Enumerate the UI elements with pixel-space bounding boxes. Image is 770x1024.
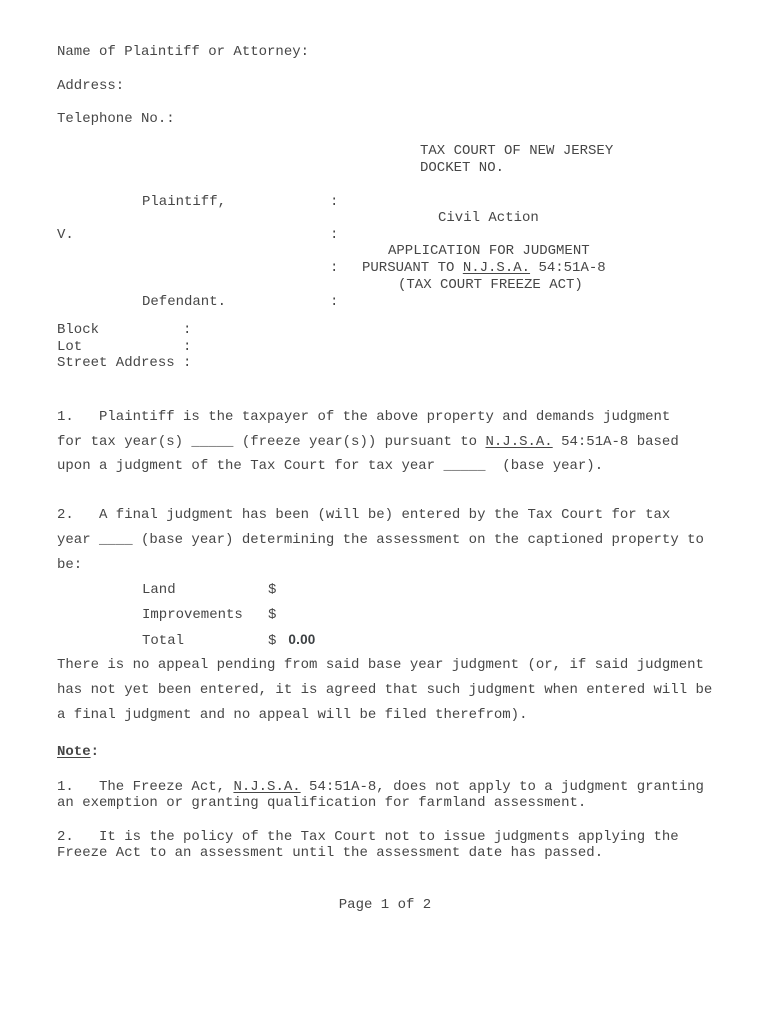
caption-separator-colon: : xyxy=(330,260,338,276)
base-year-blank-field[interactable]: _____ xyxy=(443,458,485,474)
paragraph1-line3: upon a judgment of the Tax Court for tax… xyxy=(57,458,603,474)
text: 54:51A-8 based xyxy=(553,434,679,450)
text: (freeze year(s)) pursuant to xyxy=(233,434,485,450)
title-text: PURSUANT TO xyxy=(362,260,463,276)
text: for tax year(s) xyxy=(57,434,191,450)
note1-line2: an exemption or granting qualification f… xyxy=(57,795,586,811)
appeal-paragraph-line2: has not yet been entered, it is agreed t… xyxy=(57,682,712,698)
application-title-line3: (TAX COURT FREEZE ACT) xyxy=(398,277,583,293)
application-title-line2: PURSUANT TO N.J.S.A. 54:51A-8 xyxy=(362,260,606,276)
total-amount-field[interactable]: 0.00 xyxy=(288,632,315,647)
paragraph2-line2: year ____ (base year) determining the as… xyxy=(57,532,704,548)
plaintiff-or-attorney-label: Name of Plaintiff or Attorney: xyxy=(57,44,309,60)
caption-separator-colon: : xyxy=(330,294,338,310)
page-number: Page 1 of 2 xyxy=(0,897,770,913)
appeal-paragraph-line1: There is no appeal pending from said bas… xyxy=(57,657,704,673)
lot-label: Lot : xyxy=(57,339,191,355)
freeze-year-blank-field[interactable]: _____ xyxy=(191,434,233,450)
appeal-paragraph-line3: a final judgment and no appeal will be f… xyxy=(57,707,527,723)
land-amount-row: Land $ xyxy=(142,582,276,598)
title-text: 54:51A-8 xyxy=(530,260,606,276)
note2-line2: Freeze Act to an assessment until the as… xyxy=(57,845,603,861)
note-heading-text: Note xyxy=(57,744,91,760)
document-page: Name of Plaintiff or Attorney: Address: … xyxy=(0,0,770,1024)
note-heading: Note: xyxy=(57,744,99,760)
note1-line1: 1. The Freeze Act, N.J.S.A. 54:51A-8, do… xyxy=(57,779,704,795)
paragraph1-line1: 1. Plaintiff is the taxpayer of the abov… xyxy=(57,409,670,425)
total-amount-row: Total $0.00 xyxy=(142,632,316,649)
street-address-label: Street Address : xyxy=(57,355,191,371)
base-year-blank-field[interactable]: ____ xyxy=(99,532,133,548)
text: (base year) determining the assessment o… xyxy=(133,532,704,548)
note2-line1: 2. It is the policy of the Tax Court not… xyxy=(57,829,679,845)
plaintiff-caption: Plaintiff, xyxy=(142,194,226,210)
court-name: TAX COURT OF NEW JERSEY xyxy=(420,143,613,159)
text: 1. The Freeze Act, xyxy=(57,779,233,795)
application-title-line1: APPLICATION FOR JUDGMENT xyxy=(388,243,590,259)
improvements-amount-row: Improvements $ xyxy=(142,607,276,623)
text: 54:51A-8, does not apply to a judgment g… xyxy=(301,779,704,795)
paragraph2-line1: 2. A final judgment has been (will be) e… xyxy=(57,507,670,523)
total-label: Total $ xyxy=(142,633,276,649)
docket-number-label: DOCKET NO. xyxy=(420,160,504,176)
caption-separator-colon: : xyxy=(330,194,338,210)
statute-citation: N.J.S.A. xyxy=(463,260,530,276)
versus-caption: V. xyxy=(57,227,74,243)
paragraph2-line3: be: xyxy=(57,557,82,573)
note-heading-colon: : xyxy=(91,744,99,760)
statute-citation: N.J.S.A. xyxy=(233,779,300,795)
address-label: Address: xyxy=(57,78,124,94)
civil-action-label: Civil Action xyxy=(438,210,539,226)
text: year xyxy=(57,532,99,548)
block-label: Block : xyxy=(57,322,191,338)
text: upon a judgment of the Tax Court for tax… xyxy=(57,458,443,474)
statute-citation: N.J.S.A. xyxy=(485,434,552,450)
text: (base year). xyxy=(485,458,603,474)
caption-separator-colon: : xyxy=(330,227,338,243)
defendant-caption: Defendant. xyxy=(142,294,226,310)
telephone-label: Telephone No.: xyxy=(57,111,175,127)
paragraph1-line2: for tax year(s) _____ (freeze year(s)) p… xyxy=(57,434,679,450)
